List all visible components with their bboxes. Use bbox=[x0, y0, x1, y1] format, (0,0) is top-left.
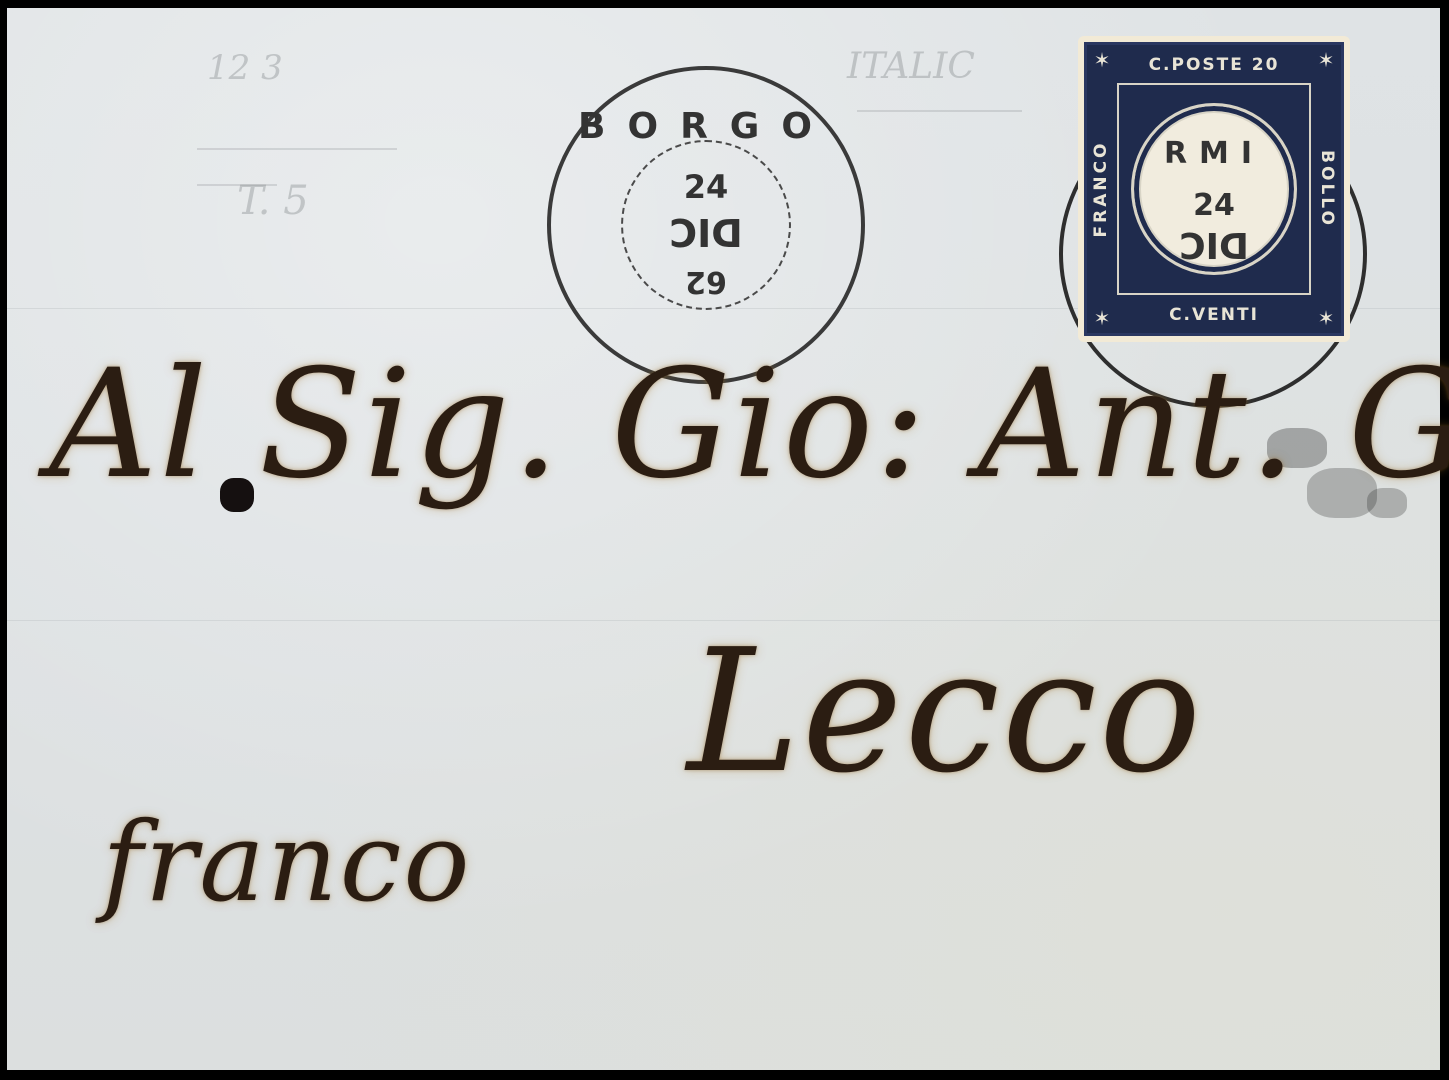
stamp-value-top: C.POSTE 20 bbox=[1087, 55, 1341, 75]
stamp-cancel-day: 24 bbox=[1134, 188, 1294, 223]
pencil-line bbox=[197, 184, 277, 186]
ink-blot bbox=[220, 478, 254, 512]
pencil-note: 12 3 bbox=[207, 48, 283, 88]
stamp-cancel-town: RMI bbox=[1134, 136, 1294, 171]
postal-cover: 12 3 T. 5 ITALIC BORGO 24 DIC 62 ✶ ✶ ✶ ✶… bbox=[7, 8, 1440, 1070]
stamp-cancel-month: DIC bbox=[1134, 224, 1294, 265]
address-line-recipient: Al Sig. Gio: Ant. Gattinoni bbox=[49, 338, 1449, 512]
stamp-inner-panel: RMI 24 DIC bbox=[1117, 83, 1311, 295]
postmark-year: 62 bbox=[551, 264, 861, 299]
pencil-note: ITALIC bbox=[847, 46, 975, 87]
franco-note: franco bbox=[102, 798, 472, 926]
stamp-embossed-head: RMI 24 DIC bbox=[1131, 103, 1297, 275]
pencil-line bbox=[857, 110, 1022, 112]
stamp-frame: ✶ ✶ ✶ ✶ C.POSTE 20 C.VENTI FRANCO BOLLO … bbox=[1084, 42, 1344, 336]
postmark-day: 24 bbox=[551, 168, 861, 206]
pencil-line bbox=[197, 148, 397, 150]
postmark-month: DIC bbox=[551, 210, 861, 254]
stamp-label-right: BOLLO bbox=[1317, 150, 1337, 228]
postmark-town: BORGO bbox=[551, 106, 861, 147]
address-line-city: Lecco bbox=[687, 613, 1203, 811]
postmark: BORGO 24 DIC 62 bbox=[547, 66, 865, 384]
stamp-label-left: FRANCO bbox=[1091, 140, 1111, 237]
postage-stamp: ✶ ✶ ✶ ✶ C.POSTE 20 C.VENTI FRANCO BOLLO … bbox=[1078, 36, 1350, 342]
stamp-value-bottom: C.VENTI bbox=[1087, 305, 1341, 325]
